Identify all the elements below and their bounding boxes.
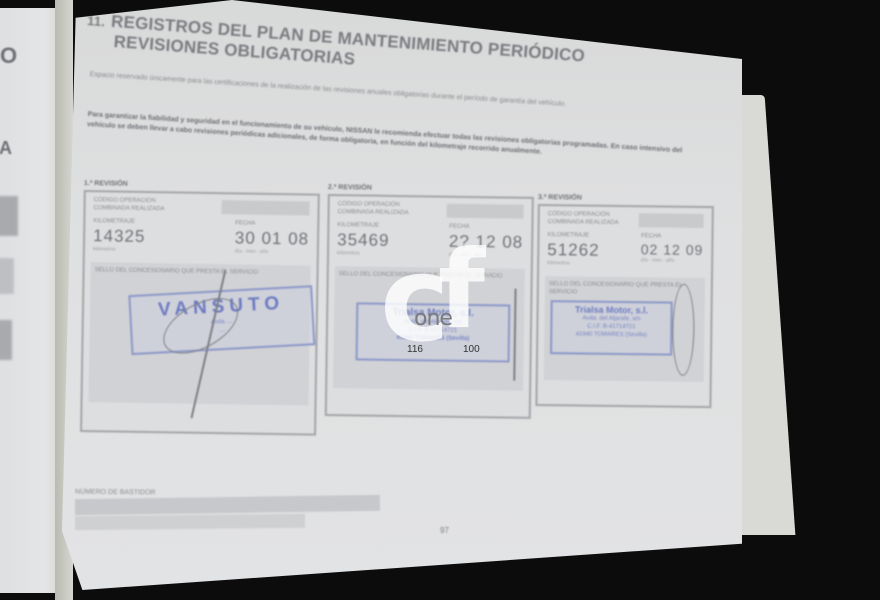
revision-card-3: 3.ª REVISIÓN CÓDIGO OPERACIÓN COMBINADA … [535, 194, 714, 408]
operation-code: CÓDIGO OPERACIÓN COMBINADA REALIZADA [330, 196, 532, 219]
stamp-label: SELLO DEL CONCESIONARIO QUE PRESTA EL SE… [335, 266, 525, 285]
operation-code-field [447, 204, 524, 219]
km-value: 51262 [547, 240, 600, 261]
dealer-stamp: Trialsa Motor, s.l. Avda. del Aljarafe, … [356, 302, 511, 362]
km-block: KILOMETRAJE 35469 kilómetros [337, 222, 390, 257]
photo-scene: O IA 11.REGISTROS DEL PLAN DE MANTENIMIE… [0, 0, 880, 600]
km-block: KILOMETRAJE 14325 kilómetros [93, 218, 146, 253]
date-month: 12 [663, 242, 681, 258]
operation-code-field [638, 213, 704, 228]
km-date-row: KILOMETRAJE 51262 kilómetros FECHA 02 12… [539, 226, 711, 268]
km-unit: kilómetros [93, 246, 145, 253]
revision-box: CÓDIGO OPERACIÓN COMBINADA REALIZADA KIL… [325, 194, 534, 419]
date-month: 01 [261, 229, 282, 248]
date-day: 02 [641, 241, 659, 257]
date-value: 02 12 09 [641, 241, 704, 258]
date-value: 2? 12 08 [449, 232, 524, 253]
section-number: 11. [87, 13, 106, 29]
revision-card-2: 2.ª REVISIÓN CÓDIGO OPERACIÓN COMBINADA … [325, 184, 534, 419]
vin-label: NÚMERO DE BASTIDOR [75, 489, 156, 497]
vin-field-shadow [75, 514, 305, 530]
operation-code: CÓDIGO OPERACIÓN COMBINADA REALIZADA [540, 206, 712, 228]
date-block: FECHA 30 01 08 día - mes - año [235, 220, 310, 255]
km-date-row: KILOMETRAJE 35469 kilómetros FECHA 2? 12… [329, 216, 532, 259]
date-year: 08 [288, 229, 309, 248]
page-content: 11.REGISTROS DEL PLAN DE MANTENIMIENTO P… [0, 0, 880, 600]
revision-box: CÓDIGO OPERACIÓN COMBINADA REALIZADA KIL… [80, 190, 320, 436]
revision-box: CÓDIGO OPERACIÓN COMBINADA REALIZADA KIL… [535, 204, 713, 408]
operation-code: CÓDIGO OPERACIÓN COMBINADA REALIZADA [85, 192, 317, 216]
date-month: 12 [475, 232, 496, 251]
signature [672, 284, 695, 376]
date-sub: día - mes - año [449, 252, 523, 259]
km-label: KILOMETRAJE [337, 222, 389, 229]
revision-label: 3.ª REVISIÓN [538, 194, 714, 203]
vin-field [75, 495, 380, 515]
date-year: 09 [686, 242, 704, 258]
date-block: FECHA 02 12 09 día - mes - año [641, 233, 704, 268]
date-day: 30 [235, 228, 256, 247]
date-sub: día - mes - año [641, 257, 704, 264]
date-year: 08 [502, 232, 523, 251]
km-value: 35469 [337, 230, 390, 251]
warning-text: Para garantizar la fiabilidad y segurida… [87, 110, 699, 167]
stamp-area: SELLO DEL CONCESIONARIO QUE PRESTA EL SE… [89, 262, 311, 405]
km-date-row: KILOMETRAJE 14325 kilómetros FECHA 30 01… [85, 212, 318, 256]
date-label: FECHA [449, 224, 523, 231]
km-unit: kilómetros [547, 260, 599, 267]
intro-text: Espacio reservado únicamente para las ce… [89, 70, 688, 118]
stamp-area: SELLO DEL CONCESIONARIO QUE PRESTA EL SE… [333, 266, 525, 391]
stamp-line: 41940 TOMARES (Sevilla) [552, 330, 670, 339]
km-unit: kilómetros [337, 250, 389, 257]
signature-stroke [513, 289, 516, 381]
revision-card-1: 1.ª REVISIÓN CÓDIGO OPERACIÓN COMBINADA … [80, 180, 320, 436]
stamp-line: 41940 TOMARES (Sevilla) [358, 333, 508, 343]
revision-label: 1.ª REVISIÓN [84, 180, 320, 191]
date-sub: día - mes - año [235, 248, 309, 255]
km-value: 14325 [93, 226, 146, 247]
stamp-area: SELLO DEL CONCESIONARIO QUE PRESTA EL SE… [544, 276, 705, 382]
date-day: 2? [449, 232, 470, 251]
date-label: FECHA [235, 220, 309, 227]
revision-label: 2.ª REVISIÓN [328, 184, 534, 194]
dealer-stamp: Trialsa Motor, s.l. Avda. del Aljarafe, … [550, 300, 673, 355]
km-label: KILOMETRAJE [547, 232, 599, 239]
date-block: FECHA 2? 12 08 día - mes - año [449, 224, 524, 259]
page-number: 97 [440, 526, 449, 535]
date-label: FECHA [641, 233, 704, 240]
stamp-label: SELLO DEL CONCESIONARIO QUE PRESTA EL SE… [90, 262, 310, 281]
operation-code-field [221, 200, 309, 215]
km-block: KILOMETRAJE 51262 kilómetros [547, 232, 600, 267]
km-label: KILOMETRAJE [93, 218, 145, 225]
date-value: 30 01 08 [235, 228, 310, 249]
